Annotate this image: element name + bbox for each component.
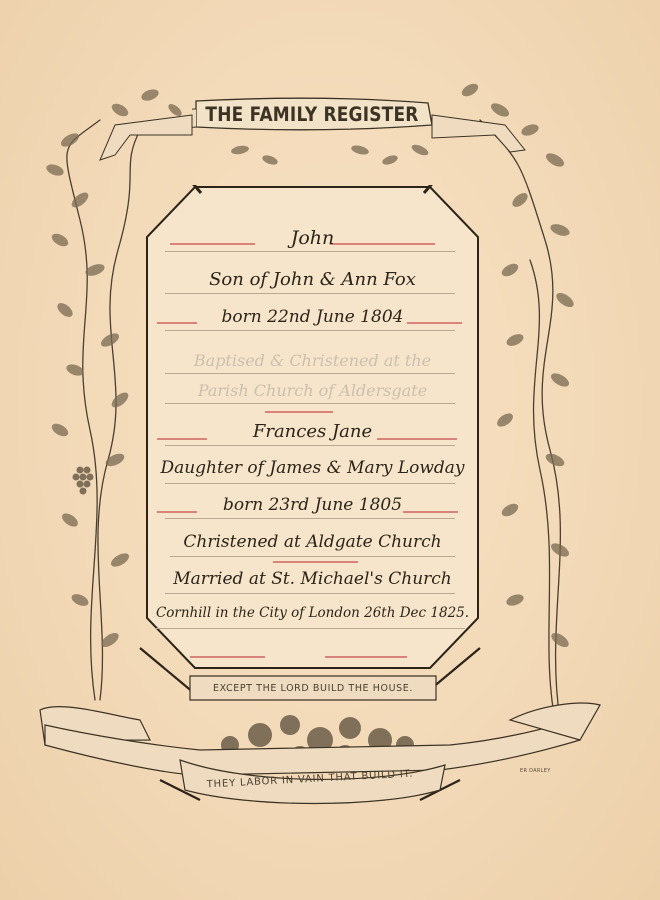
ruled-line (165, 330, 455, 331)
entry-christening-frances: Christened at Aldgate Church (145, 532, 480, 552)
ruled-line (165, 483, 455, 484)
family-register-page: THE FAMILY REGISTER John Son of John & A… (0, 0, 660, 900)
entry-faded-1: Baptised & Christened at the (145, 351, 480, 370)
ruled-line (165, 293, 455, 294)
ruled-line (170, 556, 455, 557)
ruled-line (165, 593, 455, 594)
entry-parentage-frances: Daughter of James & Mary Lowday (145, 458, 480, 478)
register-frame: John Son of John & Ann Fox born 22nd Jun… (145, 185, 480, 670)
ruled-line (165, 251, 455, 252)
entry-faded-2: Parish Church of Aldersgate (145, 381, 480, 400)
ruled-line (165, 403, 455, 404)
ruled-line (165, 518, 455, 519)
ruled-line (165, 373, 455, 374)
entry-marriage-place: Cornhill in the City of London 26th Dec … (145, 605, 480, 621)
page-title: THE FAMILY REGISTER (205, 104, 418, 127)
ruled-line (155, 628, 465, 629)
red-rule (325, 656, 407, 658)
entry-name-john: John (145, 227, 480, 249)
title-banner: THE FAMILY REGISTER (192, 95, 432, 135)
grape-cluster (73, 467, 94, 495)
red-rule (265, 411, 333, 413)
entry-birth-john: born 22nd June 1804 (145, 307, 480, 327)
ruled-line (165, 445, 455, 446)
red-rule (190, 656, 265, 658)
entry-parentage-john: Son of John & Ann Fox (145, 269, 480, 290)
entry-name-frances: Frances Jane (145, 421, 480, 442)
motto-top: EXCEPT THE LORD BUILD THE HOUSE. (197, 678, 429, 698)
left-ribbon-tail-icon (95, 110, 195, 170)
entry-marriage: Married at St. Michael's Church (145, 569, 480, 589)
right-ribbon-tail-icon (430, 110, 530, 170)
red-rule (273, 561, 358, 563)
engraver-signature: ER DARLEY (520, 768, 551, 774)
entry-birth-frances: born 23rd June 1805 (145, 495, 480, 515)
